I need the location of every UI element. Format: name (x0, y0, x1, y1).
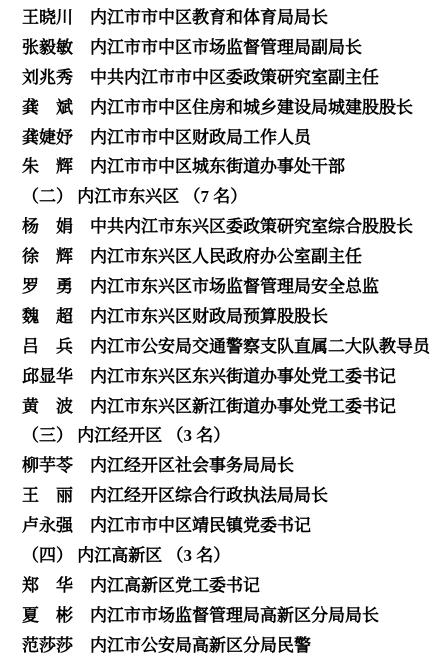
person-name: 王晓川 (22, 3, 73, 33)
person-title: 内江市东兴区财政局预算股股长 (90, 302, 328, 332)
person-name: 范莎莎 (22, 631, 73, 661)
person-name: 刘兆秀 (22, 63, 73, 93)
roster-entry: 夏彬内江市市场监督管理局高新区分局局长 (22, 601, 442, 631)
person-name: 朱辉 (22, 152, 73, 182)
person-name: 徐辉 (22, 242, 73, 272)
section-heading: （二） 内江市东兴区 （7 名） (22, 182, 442, 212)
roster-entry: 柳芋苓内江经开区社会事务局局长 (22, 451, 442, 481)
roster-entry: 龚斌内江市市中区住房和城乡建设局城建股股长 (22, 93, 442, 123)
roster-entry: 朱辉内江市市中区城东街道办事处干部 (22, 152, 442, 182)
roster-entry: 邱显华内江市东兴区东兴街道办事处党工委书记 (22, 362, 442, 392)
person-name: 夏彬 (22, 601, 73, 631)
person-title: 内江市市场监督管理局高新区分局局长 (90, 601, 379, 631)
person-title: 内江市市中区靖民镇党委书记 (90, 511, 311, 541)
person-name: 邱显华 (22, 362, 73, 392)
person-name: 王丽 (22, 481, 73, 511)
roster-entry: 徐辉内江市东兴区人民政府办公室副主任 (22, 242, 442, 272)
roster-entry: 黄波内江市东兴区新江街道办事处党工委书记 (22, 392, 442, 422)
document-page: 王晓川内江市市中区教育和体育局局长张毅敏内江市市中区市场监督管理局副局长刘兆秀中… (0, 0, 442, 664)
person-title: 内江市东兴区东兴街道办事处党工委书记 (90, 362, 396, 392)
roster-entry: 王丽内江经开区综合行政执法局局长 (22, 481, 442, 511)
person-title: 中共内江市市中区委政策研究室副主任 (90, 63, 379, 93)
roster-entry: 杨娟中共内江市东兴区委政策研究室综合股股长 (22, 212, 442, 242)
person-title: 内江市市中区教育和体育局局长 (90, 3, 328, 33)
person-title: 内江市市中区住房和城乡建设局城建股股长 (90, 93, 413, 123)
section-heading: （三） 内江经开区 （3 名） (22, 421, 442, 451)
person-name: 柳芋苓 (22, 451, 73, 481)
person-title: 内江市东兴区市场监督管理局安全总监 (90, 272, 379, 302)
roster-entry: 罗勇内江市东兴区市场监督管理局安全总监 (22, 272, 442, 302)
roster-entry: 范莎莎内江市公安局高新区分局民警 (22, 631, 442, 661)
person-title: 内江经开区综合行政执法局局长 (90, 481, 328, 511)
person-title: 内江市市中区城东街道办事处干部 (90, 152, 345, 182)
person-title: 内江经开区社会事务局局长 (90, 451, 294, 481)
person-name: 魏超 (22, 302, 73, 332)
person-title: 内江市市中区财政局工作人员 (90, 123, 311, 153)
person-name: 吕兵 (22, 332, 73, 362)
person-title: 中共内江市东兴区委政策研究室综合股股长 (90, 212, 413, 242)
person-title: 内江市东兴区人民政府办公室副主任 (90, 242, 362, 272)
roster-entry: 刘兆秀中共内江市市中区委政策研究室副主任 (22, 63, 442, 93)
person-title: 内江高新区党工委书记 (90, 571, 260, 601)
roster-entry: 卢永强内江市市中区靖民镇党委书记 (22, 511, 442, 541)
roster-entry: 吕兵内江市公安局交通警察支队直属二大队教导员 (22, 332, 442, 362)
person-name: 郑华 (22, 571, 73, 601)
person-name: 卢永强 (22, 511, 73, 541)
person-name: 罗勇 (22, 272, 73, 302)
person-name: 龚婕妤 (22, 123, 73, 153)
roster-entry: 王晓川内江市市中区教育和体育局局长 (22, 3, 442, 33)
person-name: 张毅敏 (22, 33, 73, 63)
person-title: 内江市东兴区新江街道办事处党工委书记 (90, 392, 396, 422)
person-name: 龚斌 (22, 93, 73, 123)
roster-entry: 魏超内江市东兴区财政局预算股股长 (22, 302, 442, 332)
person-title: 内江市公安局高新区分局民警 (90, 631, 311, 661)
roster-entry: 郑华内江高新区党工委书记 (22, 571, 442, 601)
roster-list: 王晓川内江市市中区教育和体育局局长张毅敏内江市市中区市场监督管理局副局长刘兆秀中… (22, 3, 442, 661)
roster-entry: 龚婕妤内江市市中区财政局工作人员 (22, 123, 442, 153)
person-title: 内江市公安局交通警察支队直属二大队教导员 (90, 332, 430, 362)
section-heading: （四） 内江高新区 （3 名） (22, 541, 442, 571)
roster-entry: 张毅敏内江市市中区市场监督管理局副局长 (22, 33, 442, 63)
person-name: 黄波 (22, 392, 73, 422)
person-name: 杨娟 (22, 212, 73, 242)
person-title: 内江市市中区市场监督管理局副局长 (90, 33, 362, 63)
